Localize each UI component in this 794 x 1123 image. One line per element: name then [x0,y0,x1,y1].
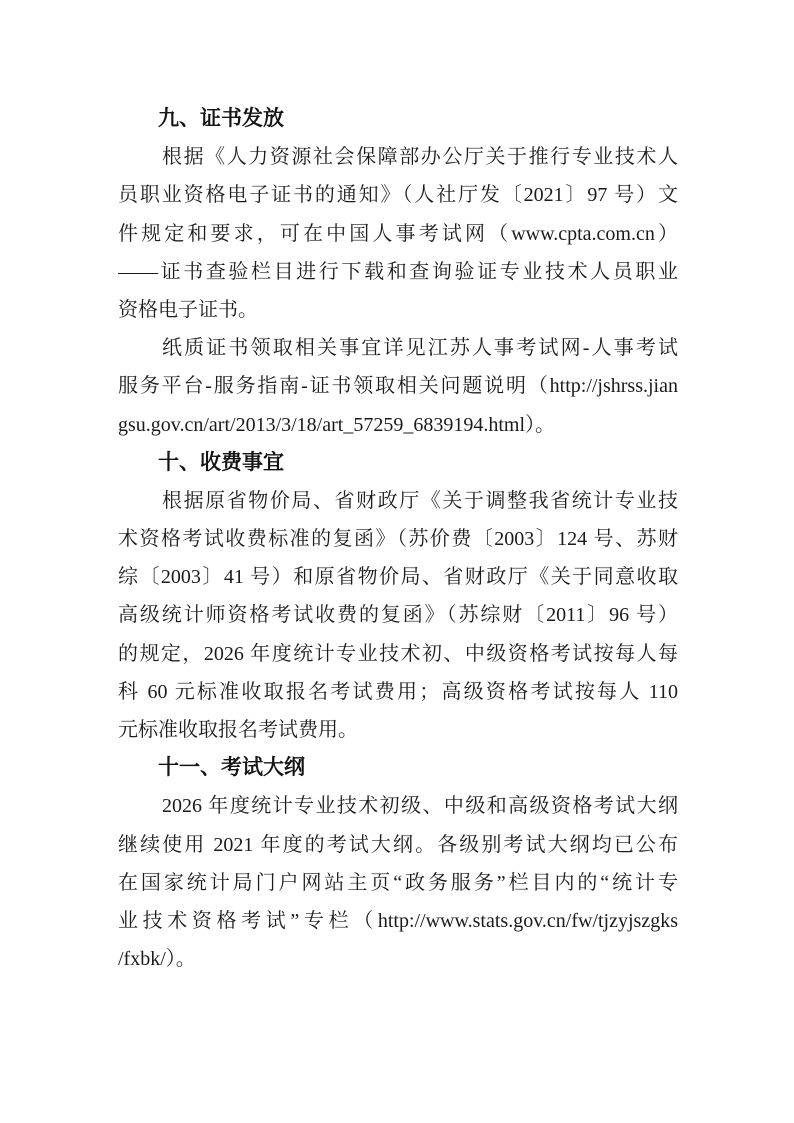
section-certificate-issuance: 九、证书发放 根据《人力资源社会保障部办公厅关于推行专业技术人 员职业资格电子证… [118,100,678,444]
text-line: 服务平台-服务指南-证书领取相关问题说明（http://jshrss.jian [118,367,678,405]
heading-fees: 十、收费事宜 [118,444,678,482]
text-line: 的规定，2026 年度统计专业技术初、中级资格考试按每人每 [118,635,678,673]
text-line: 继续使用 2021 年度的考试大纲。各级别考试大纲均已公布 [118,826,678,864]
document-page: 九、证书发放 根据《人力资源社会保障部办公厅关于推行专业技术人 员职业资格电子证… [0,0,794,1123]
text-line: 术资格考试收费标准的复函》（苏价费〔2003〕124 号、苏财 [118,520,678,558]
text-line: 资格电子证书。 [118,291,678,329]
section-fees: 十、收费事宜 根据原省物价局、省财政厅《关于调整我省统计专业技 术资格考试收费标… [118,444,678,750]
text-line: 科 60 元标准收取报名考试费用；高级资格考试按每人 110 [118,673,678,711]
heading-certificate-issuance: 九、证书发放 [118,100,678,138]
text-line: 综〔2003〕41 号）和原省物价局、省财政厅《关于同意收取 [118,558,678,596]
text-line: 业技术资格考试”专栏（http://www.stats.gov.cn/fw/tj… [118,902,678,940]
text-line: 2026 年度统计专业技术初级、中级和高级资格考试大纲 [118,787,678,825]
text-line: 纸质证书领取相关事宜详见江苏人事考试网-人事考试 [118,329,678,367]
text-line: 件规定和要求，可在中国人事考试网（www.cpta.com.cn） [118,215,678,253]
heading-exam-syllabus: 十一、考试大纲 [118,749,678,787]
text-line: 高级统计师资格考试收费的复函》（苏综财〔2011〕96 号） [118,596,678,634]
text-line: 根据原省物价局、省财政厅《关于调整我省统计专业技 [118,482,678,520]
text-line: ——证书查验栏目进行下载和查询验证专业技术人员职业 [118,253,678,291]
text-line: 在国家统计局门户网站主页“政务服务”栏目内的“统计专 [118,864,678,902]
text-line: 元标准收取报名考试费用。 [118,711,678,749]
text-line: 根据《人力资源社会保障部办公厅关于推行专业技术人 [118,138,678,176]
text-line: 员职业资格电子证书的通知》（人社厅发〔2021〕97 号）文 [118,176,678,214]
document-body: 九、证书发放 根据《人力资源社会保障部办公厅关于推行专业技术人 员职业资格电子证… [118,100,678,978]
text-line: /fxbk/）。 [118,940,678,978]
section-exam-syllabus: 十一、考试大纲 2026 年度统计专业技术初级、中级和高级资格考试大纲 继续使用… [118,749,678,978]
text-line: gsu.gov.cn/art/2013/3/18/art_57259_68391… [118,406,678,444]
